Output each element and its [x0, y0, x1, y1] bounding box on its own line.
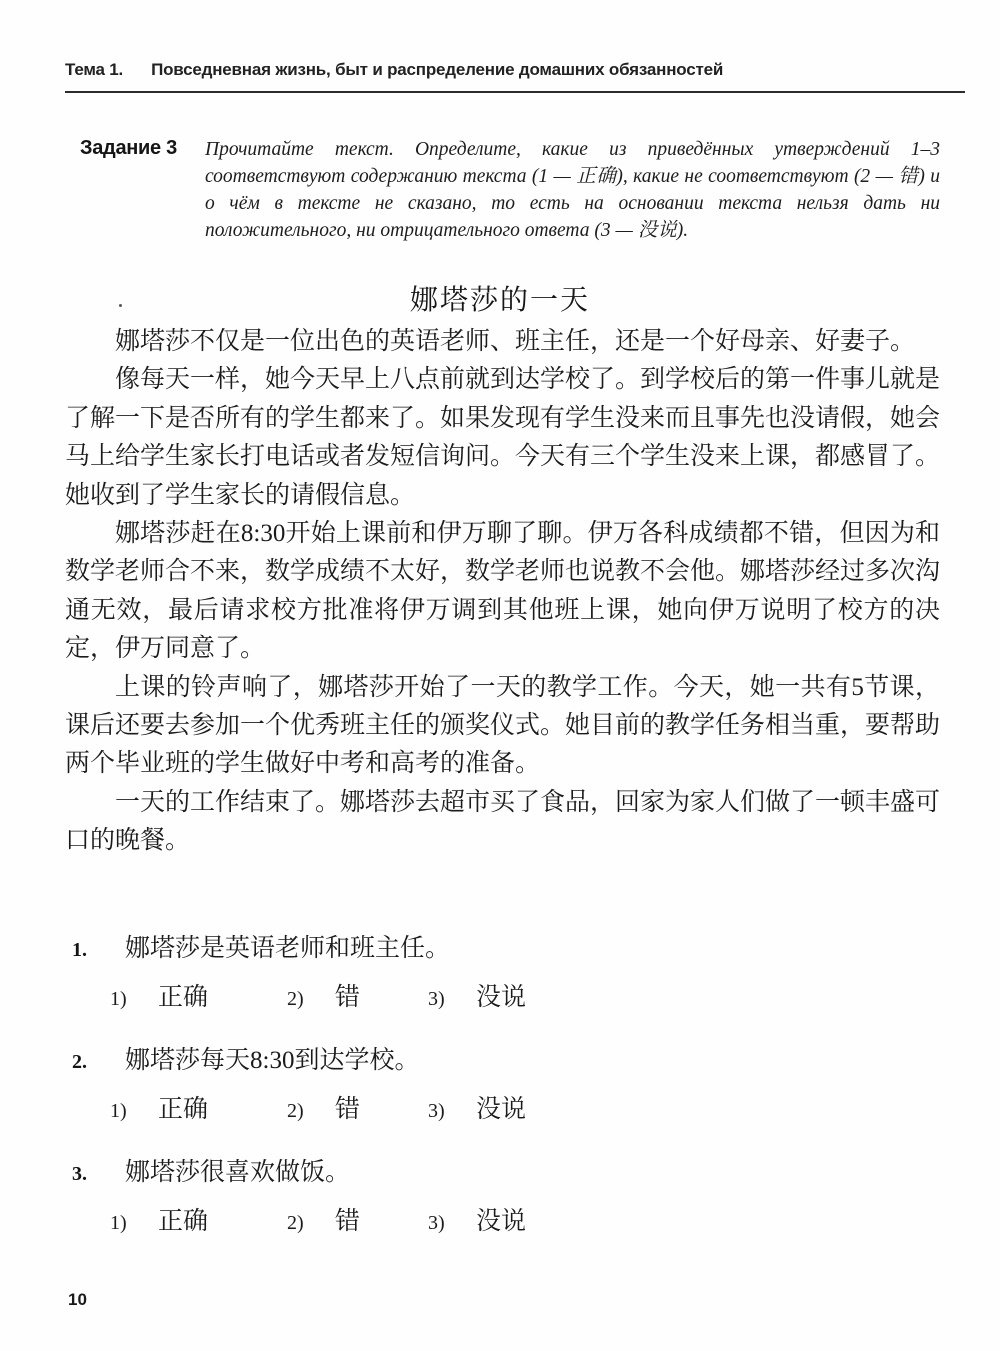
option-marker: 2): [287, 1092, 317, 1130]
task-label: Задание 3: [80, 136, 205, 160]
question-line: 2. 娜塔莎每天8:30到达学校。: [65, 1042, 940, 1081]
reading-paragraph: 娜塔莎赶在8:30开始上课前和伊万聊了聊。伊万各科成绩都不错，但因为和数学老师合…: [65, 515, 940, 669]
question-line: 1. 娜塔莎是英语老师和班主任。: [65, 930, 940, 969]
reading-paragraph: 一天的工作结束了。娜塔莎去超市买了食品，回家为家人们做了一顿丰盛可口的晚餐。: [65, 784, 940, 861]
task-block: Задание 3 Прочитайте текст. Определите, …: [80, 136, 940, 244]
option-label: 错: [335, 979, 360, 1017]
reading-paragraph: 上课的铃声响了，娜塔莎开始了一天的教学工作。今天，她一共有5节课，课后还要去参加…: [65, 669, 940, 784]
option-label: 没说: [476, 1203, 526, 1241]
reading-title: 娜塔莎的一天: [0, 278, 1000, 318]
running-head: Тема 1.Повседневная жизнь, быт и распред…: [65, 60, 965, 80]
option-label: 正确: [158, 1091, 208, 1129]
question-text: 娜塔莎很喜欢做饭。: [125, 1154, 350, 1192]
question-number: 2.: [65, 1043, 125, 1081]
question-number: 1.: [65, 931, 125, 969]
reading-paragraph: 娜塔莎不仅是一位出色的英语老师、班主任，还是一个好母亲、好妻子。: [65, 323, 940, 361]
option-marker: 3): [428, 1204, 458, 1242]
option-label: 错: [335, 1091, 360, 1129]
option-2: 2) 错: [287, 979, 428, 1018]
option-1: 1) 正确: [110, 979, 287, 1018]
option-label: 正确: [158, 1203, 208, 1241]
option-3: 3) 没说: [428, 979, 526, 1018]
option-2: 2) 错: [287, 1091, 428, 1130]
question-2: 2. 娜塔莎每天8:30到达学校。 1) 正确 2) 错 3) 没说: [65, 1042, 940, 1130]
question-text: 娜塔莎每天8:30到达学校。: [125, 1042, 419, 1080]
option-marker: 2): [287, 980, 317, 1018]
option-1: 1) 正确: [110, 1091, 287, 1130]
option-marker: 2): [287, 1204, 317, 1242]
page-number: 10: [68, 1290, 87, 1310]
option-marker: 1): [110, 1092, 140, 1130]
question-3: 3. 娜塔莎很喜欢做饭。 1) 正确 2) 错 3) 没说: [65, 1154, 940, 1242]
option-3: 3) 没说: [428, 1203, 526, 1242]
option-marker: 3): [428, 1092, 458, 1130]
questions-section: 1. 娜塔莎是英语老师和班主任。 1) 正确 2) 错 3) 没说: [65, 930, 940, 1266]
option-marker: 1): [110, 1204, 140, 1242]
question-text: 娜塔莎是英语老师和班主任。: [125, 930, 450, 968]
option-label: 没说: [476, 979, 526, 1017]
options-row: 1) 正确 2) 错 3) 没说: [110, 979, 940, 1018]
options-row: 1) 正确 2) 错 3) 没说: [110, 1091, 940, 1130]
option-label: 错: [335, 1203, 360, 1241]
option-1: 1) 正确: [110, 1203, 287, 1242]
reading-paragraph: 像每天一样，她今天早上八点前就到达学校了。到学校后的第一件事儿就是了解一下是否所…: [65, 361, 940, 515]
chapter-label: Тема 1.: [65, 60, 123, 79]
task-instruction: Прочитайте текст. Определите, какие из п…: [205, 136, 940, 244]
option-2: 2) 错: [287, 1203, 428, 1242]
options-row: 1) 正确 2) 错 3) 没说: [110, 1203, 940, 1242]
textbook-page: Тема 1.Повседневная жизнь, быт и распред…: [0, 0, 1000, 1351]
option-marker: 1): [110, 980, 140, 1018]
header-rule: [65, 91, 965, 93]
question-line: 3. 娜塔莎很喜欢做饭。: [65, 1154, 940, 1193]
option-label: 没说: [476, 1091, 526, 1129]
question-number: 3.: [65, 1155, 125, 1193]
reading-body: 娜塔莎不仅是一位出色的英语老师、班主任，还是一个好母亲、好妻子。 像每天一样，她…: [65, 323, 940, 861]
option-label: 正确: [158, 979, 208, 1017]
option-3: 3) 没说: [428, 1091, 526, 1130]
question-1: 1. 娜塔莎是英语老师和班主任。 1) 正确 2) 错 3) 没说: [65, 930, 940, 1018]
option-marker: 3): [428, 980, 458, 1018]
chapter-title: Повседневная жизнь, быт и распределение …: [151, 60, 723, 79]
